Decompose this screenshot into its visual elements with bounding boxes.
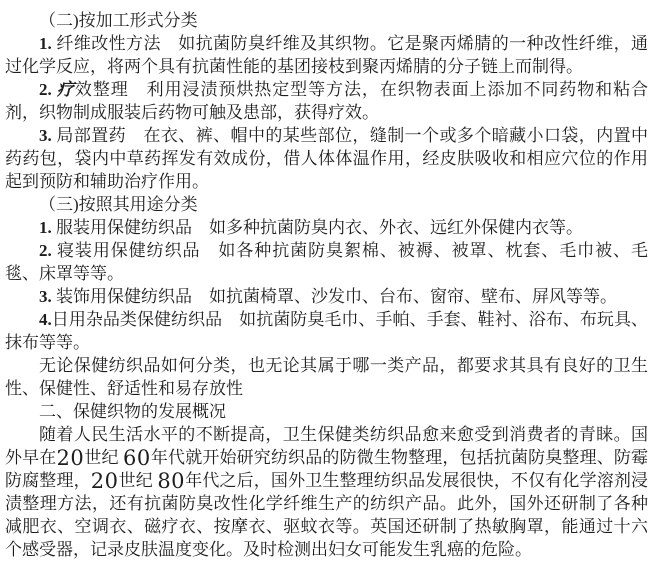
text-segment: 疗 xyxy=(52,80,75,99)
item-bedding-health-textiles: 2. 寝装用保健纺织品 如各种抗菌防臭絮棉、被褥、被罩、枕套、毛巾被、毛毯、床罩… xyxy=(5,239,648,285)
text-segment: 效整理 利用浸渍预烘热定型等方法，在织物表面上添加不同药物和粘合剂，织物制成服装… xyxy=(5,80,648,122)
text-segment: 1. xyxy=(39,34,52,53)
item-therapeutic-finishing: 2. 疗效整理 利用浸渍预烘热定型等方法，在织物表面上添加不同药物和粘合剂，织物… xyxy=(5,78,648,124)
text-segment: 3. xyxy=(39,287,52,306)
text-segment: 装饰用保健纺织品 如抗菌椅罩、沙发巾、台布、窗帘、壁布、屏风等等。 xyxy=(52,287,617,306)
item-clothing-health-textiles: 1. 服装用保健纺织品 如多种抗菌防臭内衣、外衣、远红外保健内衣等。 xyxy=(5,216,648,239)
text-segment: 80 xyxy=(157,469,185,493)
paragraph-classification-requirements: 无论保健纺织品如何分类，也无论其属于哪一类产品，都要求其具有良好的卫生性、保健性… xyxy=(5,354,648,400)
item-fiber-modification: 1. 纤维改性方法 如抗菌防臭纤维及其织物。它是聚丙烯腈的一种改性纤维，通过化学… xyxy=(5,32,648,78)
heading-development-overview: 二、保健织物的发展概况 xyxy=(5,400,648,423)
heading-processing-classification: （二)按加工形式分类 xyxy=(5,9,648,32)
text-segment: 二、保健织物的发展概况 xyxy=(39,402,226,421)
text-segment: 4. xyxy=(39,310,52,329)
text-segment: 3. xyxy=(39,126,52,145)
item-local-medication: 3. 局部置药 在衣、裤、帽中的某些部位，缝制一个或多个暗藏小口袋，内置中药药包… xyxy=(5,124,648,193)
heading-usage-classification: （三)按照其用途分类 xyxy=(5,193,648,216)
item-daily-sundries-health-textiles: 4.日用杂品类保健纺织品 如抗菌防臭毛巾、手帕、手套、鞋衬、浴布、布玩具、抹布等… xyxy=(5,308,648,354)
item-decorative-health-textiles: 3. 装饰用保健纺织品 如抗菌椅罩、沙发巾、台布、窗帘、壁布、屏风等等。 xyxy=(5,285,648,308)
text-segment: 1. xyxy=(39,218,52,237)
text-segment: 服装用保健纺织品 如多种抗菌防臭内衣、外衣、远红外保健内衣等。 xyxy=(52,218,583,237)
text-segment: （二)按加工形式分类 xyxy=(39,11,198,30)
text-segment: 世纪 xyxy=(118,471,157,490)
text-segment: （三)按照其用途分类 xyxy=(39,195,198,214)
text-segment: 2. xyxy=(39,80,52,99)
text-segment: 无论保健纺织品如何分类，也无论其属于哪一类产品，都要求其具有良好的卫生性、保健性… xyxy=(5,356,648,398)
text-segment: 2. xyxy=(39,241,52,260)
text-segment: 局部置药 在衣、裤、帽中的某些部位，缝制一个或多个暗藏小口袋，内置中药药包，袋内… xyxy=(5,126,648,191)
text-segment: 日用杂品类保健纺织品 如抗菌防臭毛巾、手帕、手套、鞋衬、浴布、布玩具、抹布等等。 xyxy=(5,310,648,352)
text-segment: 世纪 xyxy=(84,448,123,467)
text-segment: 纤维改性方法 如抗菌防臭纤维及其织物。它是聚丙烯腈的一种改性纤维，通过化学反应，… xyxy=(5,34,648,76)
document-page: （二)按加工形式分类1. 纤维改性方法 如抗菌防臭纤维及其织物。它是聚丙烯腈的一… xyxy=(0,0,653,562)
text-segment: 20 xyxy=(56,446,84,470)
paragraph-development-history: 随着人民生活水平的不断提高，卫生保健类纺织品愈来愈受到消费者的青睐。国外早在20… xyxy=(5,423,648,561)
text-segment: 寝装用保健纺织品 如各种抗菌防臭絮棉、被褥、被罩、枕套、毛巾被、毛毯、床罩等等。 xyxy=(5,241,648,283)
text-segment: 60 xyxy=(123,446,151,470)
text-segment: 20 xyxy=(91,469,119,493)
